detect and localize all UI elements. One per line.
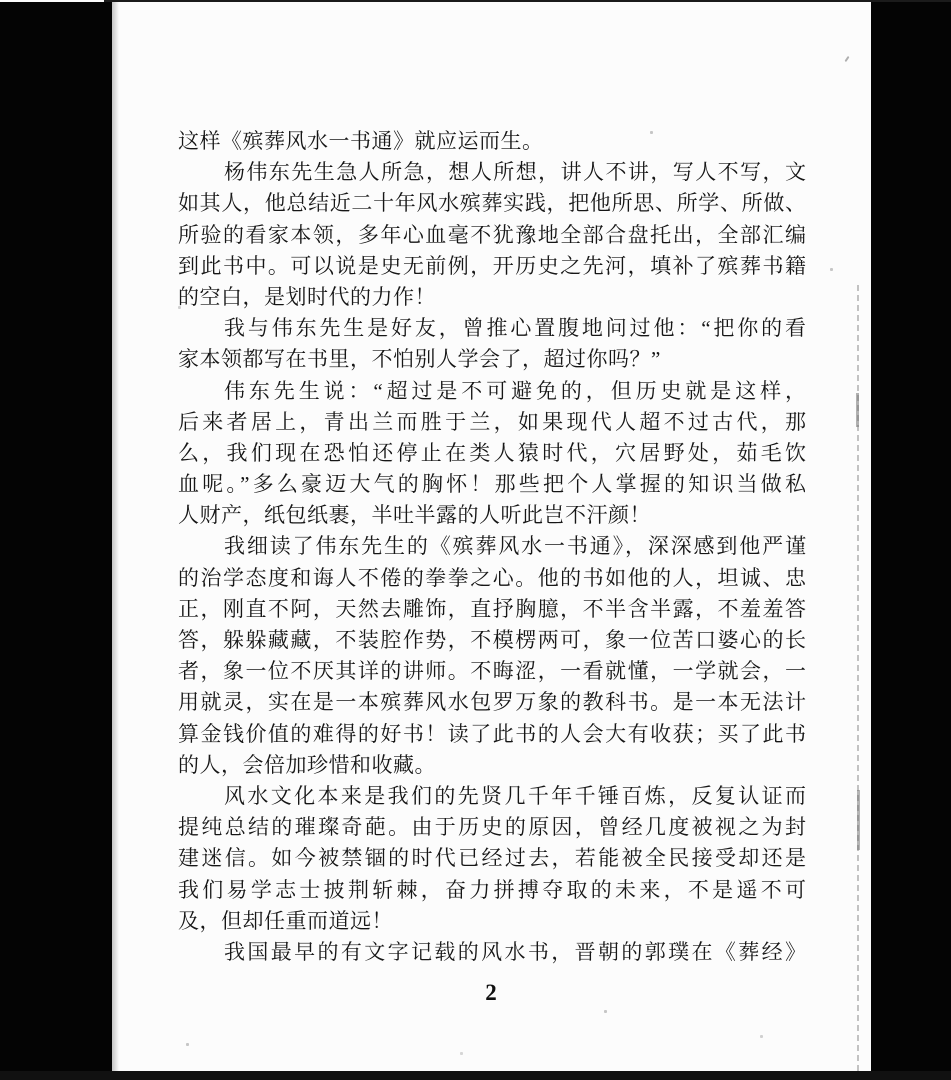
text-line: 正，刚直不阿，天然去雕饰，直抒胸臆，不半含半露，不羞羞答 xyxy=(178,594,806,625)
scan-speck xyxy=(460,1052,463,1055)
text-line: 用就灵，实在是一本殡葬风水包罗万象的教科书。是一本无法计 xyxy=(178,687,806,718)
text-line: 所验的看家本领，多年心血毫不犹豫地全部合盘托出，全部汇编 xyxy=(178,220,806,251)
scan-speck xyxy=(186,1043,189,1046)
text-line: 算金钱价值的难得的好书！读了此书的人会大有收获；买了此书 xyxy=(178,719,806,750)
page-gutter-shadow xyxy=(112,2,119,1071)
text-line: 我们易学志士披荆斩棘，奋力拼搏夺取的未来，不是遥不可 xyxy=(178,875,806,906)
scan-border-left xyxy=(0,2,112,1080)
scan-speck xyxy=(604,1010,607,1013)
text-line: 风水文化本来是我们的先贤几千年千锤百炼，反复认证而 xyxy=(178,781,806,812)
text-line: 伟东先生说：“超过是不可避免的，但历史就是这样， xyxy=(178,376,806,407)
text-line: 血呢。”多么豪迈大气的胸怀！那些把个人掌握的知识当做私 xyxy=(178,469,806,500)
text-line: 我国最早的有文字记载的风水书，晋朝的郭璞在《葬经》 xyxy=(178,937,806,968)
scan-speck xyxy=(830,268,833,271)
text-line: 后来者居上，青出兰而胜于兰，如果现代人超不过古代，那 xyxy=(178,407,806,438)
text-line: 答，躲躲藏藏，不装腔作势，不模楞两可，象一位苦口婆心的长 xyxy=(178,625,806,656)
page-edge-smudge xyxy=(857,790,860,850)
scan-speck xyxy=(760,1035,763,1038)
text-block: 这样《殡葬风水一书通》就应运而生。杨伟东先生急人所急，想人所想，讲人不讲，写人不… xyxy=(178,126,806,968)
text-line: 杨伟东先生急人所急，想人所想，讲人不讲，写人不写，文 xyxy=(178,157,806,188)
text-line: 家本领都写在书里，不怕别人学会了，超过你吗？” xyxy=(178,344,806,375)
text-line: 人财产，纸包纸裹，半吐半露的人听此岂不汗颜！ xyxy=(178,500,806,531)
text-line: 的治学态度和诲人不倦的拳拳之心。他的书如他的人，坦诚、忠 xyxy=(178,563,806,594)
scan-speck xyxy=(844,56,849,62)
text-line: 及，但却任重而道远！ xyxy=(178,906,806,937)
text-line: 我与伟东先生是好友，曾推心置腹地问过他：“把你的看 xyxy=(178,313,806,344)
text-line: 者，象一位不厌其详的讲师。不晦涩，一看就懂，一学就会，一 xyxy=(178,656,806,687)
text-line: 的空白，是划时代的力作！ xyxy=(178,282,806,313)
text-line: 我细读了伟东先生的《殡葬风水一书通》，深深感到他严谨 xyxy=(178,531,806,562)
page-edge-smudge xyxy=(856,393,859,427)
text-line: 建迷信。如今被禁锢的时代已经过去，若能被全民接受却还是 xyxy=(178,843,806,874)
text-line: 这样《殡葬风水一书通》就应运而生。 xyxy=(178,126,806,157)
scanned-book-page: 这样《殡葬风水一书通》就应运而生。杨伟东先生急人所急，想人所想，讲人不讲，写人不… xyxy=(0,0,951,1080)
text-line: 到此书中。可以说是史无前例，开历史之先河，填补了殡葬书籍 xyxy=(178,251,806,282)
text-line: 如其人，他总结近二十年风水殡葬实践，把他所思、所学、所做、 xyxy=(178,188,806,219)
scan-border-right xyxy=(871,0,951,1080)
scan-border-top-line xyxy=(104,0,951,2)
text-line: 提纯总结的璀璨奇葩。由于历史的原因，曾经几度被视之为封 xyxy=(178,812,806,843)
text-line: 的人，会倍加珍惜和收藏。 xyxy=(178,750,806,781)
scan-border-bottom xyxy=(0,1071,951,1080)
page-number: 2 xyxy=(112,980,871,1006)
text-line: 么，我们现在恐怕还停止在类人猿时代，穴居野处，茹毛饮 xyxy=(178,438,806,469)
